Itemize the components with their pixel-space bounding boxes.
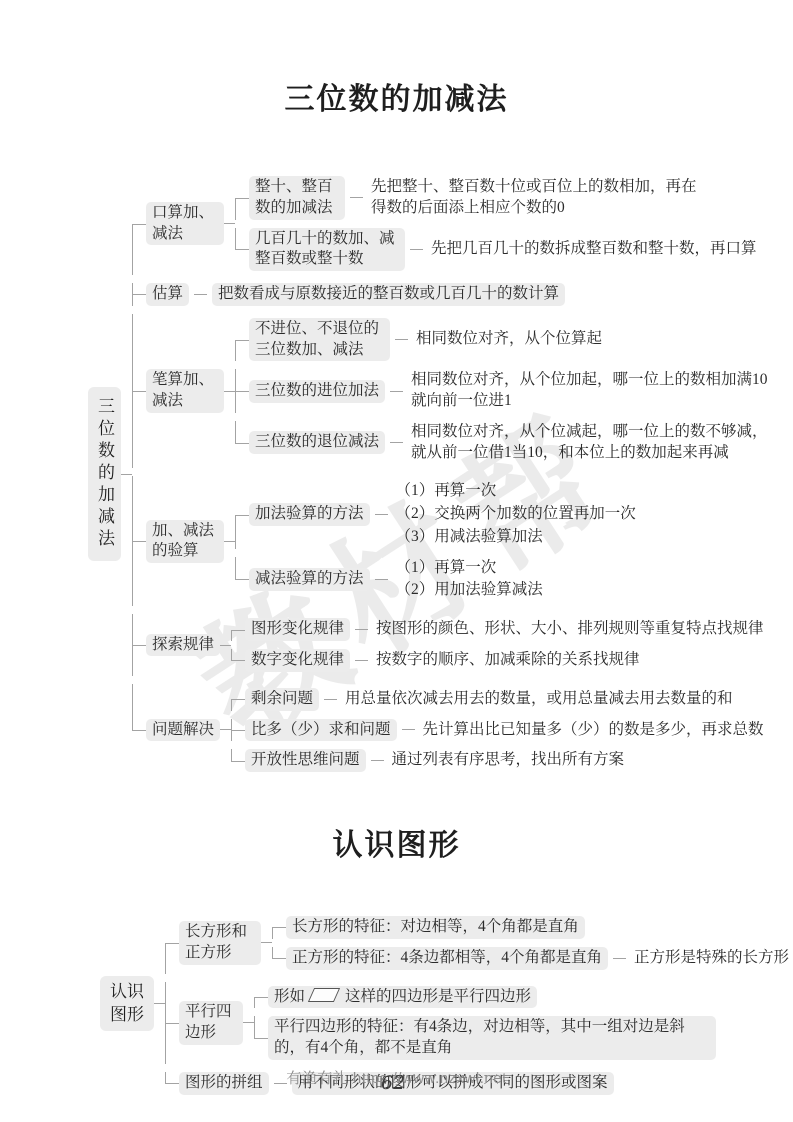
leaf-rectangle-features: 长方形的特征：对边相等，4个角都是直角: [272, 916, 792, 939]
leaf-label: 三位数的退位减法: [249, 431, 385, 454]
branch-label: 笔算加、减法: [146, 369, 224, 413]
connector-line: [224, 223, 235, 224]
leaf-description: 通过列表有序思考，找出所有方案: [389, 749, 628, 772]
check-method-list: （1）再算一次 （2）用加法验算减法: [393, 557, 546, 603]
leaf-carry-addition: 三位数的进位加法 相同数位对齐，从个位加起，哪一位上的数相加满10就向前一位进1: [235, 369, 778, 413]
branch-children: 加法验算的方法 （1）再算一次 （2）交换两个加数的位置再加一次 （3）用减法验…: [235, 476, 639, 606]
connector-line: [355, 660, 368, 661]
branch-label: 问题解决: [146, 719, 220, 742]
leaf-description: 按数字的顺序、加减乘除的关系找规律: [373, 649, 643, 672]
connector-line: [224, 391, 235, 392]
branch-label: 估算: [146, 283, 189, 306]
leaf-subtraction-check: 减法验算的方法 （1）再算一次 （2）用加法验算减法: [235, 557, 639, 603]
connector-line: [121, 474, 132, 475]
branch-explore-patterns: 探索规律 图形变化规律 按图形的颜色、形状、大小、排列规则等重复特点找规律 数字…: [132, 614, 778, 676]
leaf-label-prefix: 形如: [274, 988, 305, 1005]
leaf-description: 按图形的颜色、形状、大小、排列规则等重复特点找规律: [373, 618, 767, 641]
branch-label: 长方形和正方形: [179, 921, 261, 965]
leaf-parallelogram-shape: 形如这样的四边形是平行四边形: [254, 986, 716, 1009]
list-item: （1）再算一次: [393, 557, 546, 580]
connector-line: [220, 729, 231, 730]
list-item: （2）用加法验算减法: [393, 579, 546, 602]
leaf-description: 先把几百几十的数拆成整百数和整十数，再口算: [428, 238, 760, 261]
map1-branches: 口算加、减法 整十、整百数的加减法 先把整十、整百数十位或百位上的数相加，再在得…: [132, 168, 778, 780]
connector-line: [402, 729, 415, 730]
branch-rectangle-square: 长方形和正方形 长方形的特征：对边相等，4个角都是直角 正方形的特征：4条边都相…: [165, 912, 792, 974]
leaf-label: 减法验算的方法: [249, 568, 370, 591]
leaf-hundreds-tens-add-sub: 几百几十的数加、减整百数或整十数 先把几百几十的数拆成整百数和整十数，再口算: [235, 228, 760, 272]
leaf-label: 比多（少）求和问题: [245, 719, 397, 742]
leaf-label: 开放性思维问题: [245, 749, 366, 772]
leaf-label: 形如这样的四边形是平行四边形: [268, 986, 537, 1009]
mindmap-three-digit-add-subtract: 三位数的加减法 口算加、减法 整十、整百数的加减法 先把整十、整百数十位或百位上…: [88, 168, 793, 780]
leaf-tens-hundreds: 整十、整百数的加减法 先把整十、整百数十位或百位上的数相加，再在得数的后面添上相…: [235, 176, 760, 220]
branch-children: 形如这样的四边形是平行四边形 平行四边形的特征：有4条边，对边相等，其中一组对边…: [254, 982, 716, 1064]
check-method-list: （1）再算一次 （2）交换两个加数的位置再加一次 （3）用减法验算加法: [393, 480, 639, 548]
leaf-label-suffix: 这样的四边形是平行四边形: [345, 988, 531, 1005]
leaf-description: 正方形是特殊的长方形: [631, 947, 792, 970]
page-content: 三位数的加减法 三位数的加减法 口算加、减法 整十、整百数的加减法 先把整十、整…: [0, 0, 793, 1099]
leaf-parallelogram-features: 平行四边形的特征：有4条边，对边相等，其中一组对边是斜的，有4个角，都不是直角: [254, 1016, 716, 1060]
leaf-label: 剩余问题: [245, 688, 319, 711]
connector-line: [395, 339, 408, 340]
connector-line: [194, 294, 207, 295]
leaf-label: 三位数的进位加法: [249, 380, 385, 403]
branch-children: 长方形的特征：对边相等，4个角都是直角 正方形的特征：4条边都相等，4个角都是直…: [272, 912, 792, 974]
branch-description: 把数看成与原数接近的整百数或几百几十的数计算: [212, 283, 565, 306]
leaf-addition-check: 加法验算的方法 （1）再算一次 （2）交换两个加数的位置再加一次 （3）用减法验…: [235, 480, 639, 548]
leaf-label: 几百几十的数加、减整百数或整十数: [249, 228, 405, 272]
connector-line: [220, 645, 231, 646]
leaf-description: 相同数位对齐，从个位算起: [413, 328, 605, 351]
branch-label: 加、减法的验算: [146, 520, 224, 564]
branch-written-calculation: 笔算加、减法 不进位、不退位的三位数加、减法 相同数位对齐，从个位算起 三位数的…: [132, 314, 778, 469]
leaf-label: 正方形的特征：4条边都相等，4个角都是直角: [286, 947, 608, 970]
page-number: 62: [381, 1072, 405, 1094]
branch-checking-methods: 加、减法的验算 加法验算的方法 （1）再算一次 （2）交换两个加数的位置再加一次…: [132, 476, 778, 606]
leaf-open-thinking-problem: 开放性思维问题 通过列表有序思考，找出所有方案: [231, 749, 767, 772]
connector-line: [350, 197, 363, 198]
branch-problem-solving: 问题解决 剩余问题 用总量依次减去用去的数量，或用总量减去用去数量的和 比多（少…: [132, 684, 778, 776]
branch-parallelogram: 平行四边形 形如这样的四边形是平行四边形 平行四边形的特征：有4条边，对边相等，…: [165, 982, 792, 1064]
connector-line: [261, 942, 272, 943]
list-item: （1）再算一次: [393, 480, 639, 503]
leaf-number-patterns: 数字变化规律 按数字的顺序、加减乘除的关系找规律: [231, 649, 767, 672]
parallelogram-icon: [308, 988, 340, 1002]
list-item: （3）用减法验算加法: [393, 526, 639, 549]
leaf-square-features: 正方形的特征：4条边都相等，4个角都是直角 正方形是特殊的长方形: [272, 947, 792, 970]
connector-line: [410, 249, 423, 250]
leaf-label: 长方形的特征：对边相等，4个角都是直角: [286, 916, 585, 939]
connector-line: [375, 579, 388, 580]
list-item: （2）交换两个加数的位置再加一次: [393, 503, 639, 526]
branch-label: 探索规律: [146, 634, 220, 657]
connector-line: [390, 442, 403, 443]
branch-oral-calculation: 口算加、减法 整十、整百数的加减法 先把整十、整百数十位或百位上的数相加，再在得…: [132, 172, 778, 275]
leaf-no-carry-no-borrow: 不进位、不退位的三位数加、减法 相同数位对齐，从个位算起: [235, 318, 778, 362]
connector-line: [324, 699, 337, 700]
branch-children: 图形变化规律 按图形的颜色、形状、大小、排列规则等重复特点找规律 数字变化规律 …: [231, 614, 767, 676]
branch-children: 整十、整百数的加减法 先把整十、整百数十位或百位上的数相加，再在得数的后面添上相…: [235, 172, 760, 275]
leaf-description: 用总量依次减去用去的数量，或用总量减去用去数量的和: [342, 688, 736, 711]
leaf-label: 不进位、不退位的三位数加、减法: [249, 318, 390, 362]
connector-line: [355, 629, 368, 630]
leaf-description: 先把整十、整百数十位或百位上的数相加，再在得数的后面添上相应个数的0: [368, 176, 706, 220]
connector-line: [371, 760, 384, 761]
branch-children: 剩余问题 用总量依次减去用去的数量，或用总量减去用去数量的和 比多（少）求和问题…: [231, 684, 767, 776]
connector-line: [154, 1003, 165, 1004]
connector-line: [243, 1022, 254, 1023]
leaf-remainder-problem: 剩余问题 用总量依次减去用去的数量，或用总量减去用去数量的和: [231, 688, 767, 711]
leaf-label: 平行四边形的特征：有4条边，对边相等，其中一组对边是斜的，有4个角，都不是直角: [268, 1016, 716, 1060]
leaf-label: 加法验算的方法: [249, 503, 370, 526]
leaf-description: 相同数位对齐，从个位减起，哪一位上的数不够减，就从前一位借1当10，和本位上的数…: [408, 421, 776, 465]
branch-children: 不进位、不退位的三位数加、减法 相同数位对齐，从个位算起 三位数的进位加法 相同…: [235, 314, 778, 469]
map1-root-node: 三位数的加减法: [88, 387, 121, 561]
leaf-label: 整十、整百数的加减法: [249, 176, 345, 220]
leaf-borrow-subtraction: 三位数的退位减法 相同数位对齐，从个位减起，哪一位上的数不够减，就从前一位借1当…: [235, 421, 778, 465]
leaf-description: 先计算出比已知量多（少）的数是多少，再求总数: [420, 719, 767, 742]
leaf-label: 图形变化规律: [245, 618, 350, 641]
connector-line: [375, 514, 388, 515]
leaf-description: 相同数位对齐，从个位加起，哪一位上的数相加满10就向前一位进1: [408, 369, 778, 413]
map2-root-node: 认识图形: [100, 976, 154, 1032]
map2-title: 认识图形: [0, 780, 793, 864]
map1-title: 三位数的加减法: [0, 0, 793, 118]
leaf-label: 数字变化规律: [245, 649, 350, 672]
connector-line: [390, 391, 403, 392]
leaf-shape-patterns: 图形变化规律 按图形的颜色、形状、大小、排列规则等重复特点找规律: [231, 618, 767, 641]
leaf-more-less-sum-problem: 比多（少）求和问题 先计算出比已知量多（少）的数是多少，再求总数: [231, 719, 767, 742]
connector-line: [224, 541, 235, 542]
connector-line: [613, 958, 626, 959]
branch-estimation: 估算 把数看成与原数接近的整百数或几百几十的数计算: [132, 283, 778, 306]
branch-label: 口算加、减法: [146, 202, 224, 246]
branch-label: 平行四边形: [179, 1001, 243, 1045]
